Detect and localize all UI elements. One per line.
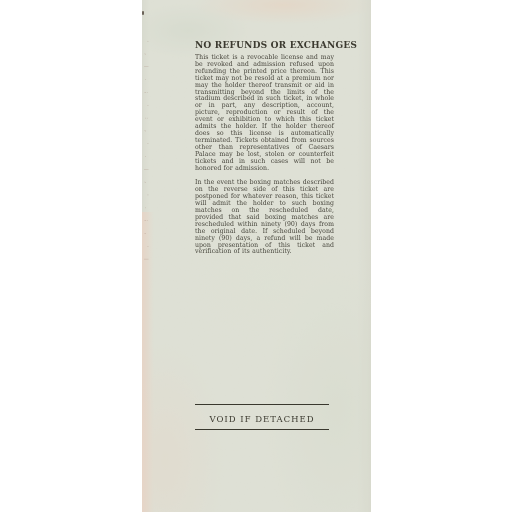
scanned-ticket-back: ' , | . ; ' : , ' . | , ' . ; , ' | NO R… <box>0 0 512 512</box>
terms-block: NO REFUNDS OR EXCHANGES This ticket is a… <box>195 41 334 256</box>
void-if-detached-box: VOID IF DETACHED <box>195 404 329 430</box>
terms-paragraph-license: This ticket is a revocable license and m… <box>195 55 334 172</box>
ticket-paper: ' , | . ; ' : , ' . | , ' . ; , ' | NO R… <box>142 0 371 512</box>
terms-paragraph-postponement: In the event the boxing matches describe… <box>195 180 334 256</box>
edge-markings: ' , | . ; ' : , ' . | , ' . ; , ' | <box>144 40 149 480</box>
void-if-detached-label: VOID IF DETACHED <box>209 415 314 425</box>
edge-speck <box>142 11 144 15</box>
no-refunds-heading: NO REFUNDS OR EXCHANGES <box>195 41 334 51</box>
